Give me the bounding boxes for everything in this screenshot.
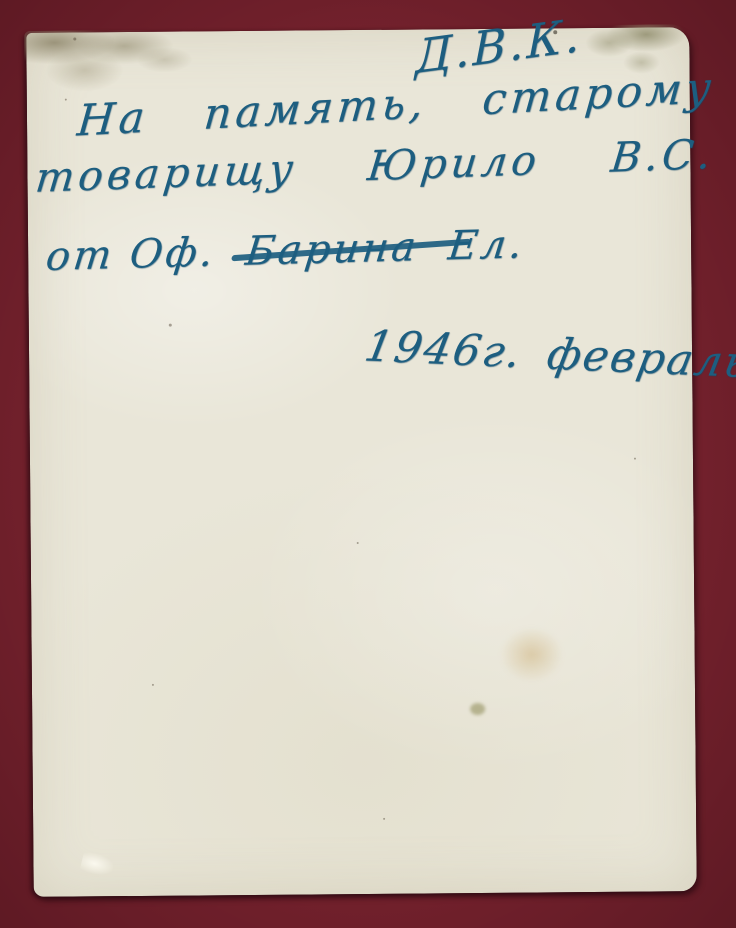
paper-speck	[152, 684, 154, 686]
inscription-word-struck: Барина	[243, 227, 420, 272]
paper-speck	[65, 99, 67, 101]
paper-speck	[169, 324, 172, 327]
photo-card: Д.В.К. На память, старому товарищу Юрило…	[26, 27, 697, 897]
inscription-date: 1946г. февраль.	[361, 326, 736, 386]
photo-backdrop: { "colors": { "background": "#77222e", "…	[0, 0, 736, 928]
stain-center	[499, 626, 563, 683]
paper-speck	[383, 818, 385, 820]
corner-fold	[80, 851, 116, 878]
stain-olive-dot	[470, 703, 485, 715]
paper-speck	[634, 458, 636, 460]
inscription-word-prefix: от Оф.	[44, 229, 219, 280]
paper-speck	[73, 37, 76, 40]
inscription-line-3: от Оф.БаринаЕл.	[44, 224, 527, 277]
inscription-line-2: товарищу Юрило В.С.	[33, 134, 716, 199]
inscription-corner-mark: Д.В.К.	[415, 12, 583, 80]
paper-speck	[357, 542, 359, 544]
